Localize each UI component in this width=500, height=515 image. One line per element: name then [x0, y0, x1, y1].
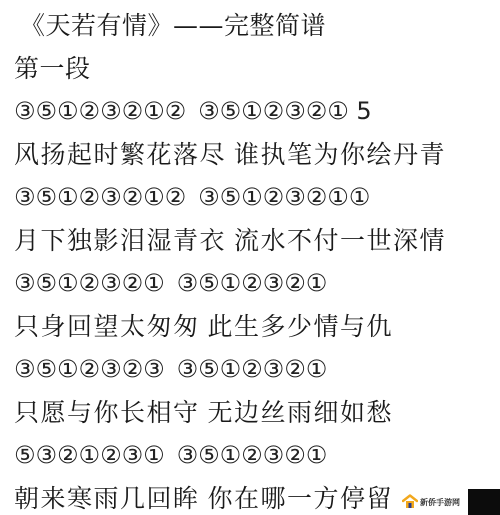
notation-line-2: ③⑤①②③②①②③⑤①②③②①① [14, 176, 500, 219]
notation-phrase: ③⑤①②③②① [177, 348, 328, 391]
lyric-line-3: 只身回望太匆匆此生多少情与仇 [14, 305, 500, 348]
lyric-phrase: 你在哪一方停留 [208, 484, 394, 513]
lyric-line-4: 只愿与你长相守无边丝雨细如愁 [14, 391, 500, 434]
notation-phrase: ③⑤①②③②①② [14, 176, 186, 219]
lyric-phrase: 朝来寒雨几回眸 [14, 484, 200, 513]
notation-phrase: ③⑤①②③②①② [14, 90, 186, 133]
notation-phrase: ③⑤①②③②① [14, 262, 165, 305]
watermark-text: 新侨手游网 [420, 497, 460, 508]
notation-phrase: ③⑤①②③②① [177, 262, 328, 305]
notation-line-3: ③⑤①②③②①③⑤①②③②① [14, 262, 500, 305]
page-title: 《天若有情》——完整简谱 [20, 4, 500, 47]
lyric-phrase: 无边丝雨细如愁 [208, 398, 394, 427]
watermark-dark-block [468, 489, 500, 515]
notation-phrase: ③⑤①②③②① 5 [198, 90, 372, 133]
notation-line-5: ⑤③②①②③①③⑤①②③②① [14, 434, 500, 477]
house-icon [402, 493, 418, 512]
lyric-phrase: 风扬起时繁花落尽 [14, 140, 226, 169]
site-watermark: 新侨手游网 [400, 489, 500, 515]
lyric-phrase: 谁执笔为你绘丹青 [234, 140, 446, 169]
score-document: 《天若有情》——完整简谱 第一段 ③⑤①②③②①②③⑤①②③②① 5 风扬起时繁… [14, 4, 500, 515]
notation-line-4: ③⑤①②③②③③⑤①②③②① [14, 348, 500, 391]
notation-line-1: ③⑤①②③②①②③⑤①②③②① 5 [14, 90, 500, 133]
watermark-badge: 新侨手游网 [400, 489, 468, 515]
lyric-phrase: 只身回望太匆匆 [14, 312, 200, 341]
notation-phrase: ③⑤①②③②①① [198, 176, 370, 219]
lyric-phrase: 月下独影泪湿青衣 [14, 226, 226, 255]
lyric-line-2: 月下独影泪湿青衣流水不付一世深情 [14, 219, 500, 262]
lyric-phrase: 此生多少情与仇 [208, 312, 394, 341]
lyric-line-1: 风扬起时繁花落尽谁执笔为你绘丹青 [14, 133, 500, 176]
section-heading: 第一段 [14, 47, 500, 90]
lyric-phrase: 流水不付一世深情 [234, 226, 446, 255]
lyric-phrase: 只愿与你长相守 [14, 398, 200, 427]
notation-phrase: ⑤③②①②③① [14, 434, 165, 477]
notation-phrase: ③⑤①②③②③ [14, 348, 165, 391]
notation-phrase: ③⑤①②③②① [177, 434, 328, 477]
